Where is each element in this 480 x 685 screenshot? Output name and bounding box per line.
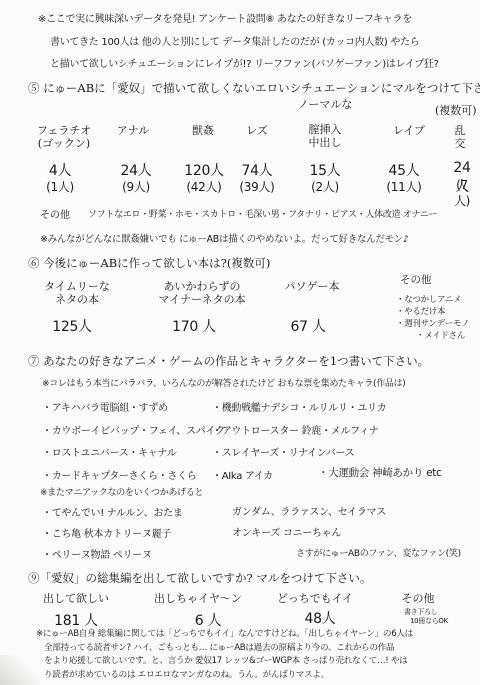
q6-col-label-2: マイナーネタの本 [158,293,245,306]
q7-extra-answer: ・大運動会 神崎あかり etc [318,465,442,480]
q5-col-label: 獣姦 [192,124,214,137]
q5-col-orgy: 乱交 [450,124,470,150]
q7-mania-answer: オンキーズ コニーちゃん [232,523,386,544]
q7-left-list: ・アキハバラ電脳組・すずめ ・カウボーイビバップ・フェイ、スパイク ・ロストユニ… [42,398,225,488]
q5-col-anal: アナル [117,124,149,137]
q5-col-label: フェラチオ [37,124,91,137]
q5-subcount: (1人) [46,178,74,195]
q5-other-label: その他 [40,206,70,221]
q5-subcount: (7人) [453,178,471,209]
q5-col-label-2: (ゴックン) [37,137,91,150]
q7-answer: ・ロストユニバース・キャナル [42,443,225,466]
q5-count: 4人 [49,160,71,180]
intro-line-2: 書いてきた 100人は 他の人と別にして データ集計したのだが (カッコ内人数)… [50,33,419,48]
q9-col-label: 出しちゃイヤ〜ン [154,590,242,606]
q7-answer: ・カウボーイビバップ・フェイ、スパイク [42,421,225,444]
q6-other-list: ・なつかしアニメ ・やるだけ本 ・週刊サンデーモノ ・メイドさん [396,294,469,342]
q5-col-label: レズ [246,124,268,137]
q7-answer: ・スレイヤーズ・リナインバース [212,443,386,466]
q5-subcount: (39人) [239,178,274,195]
q7-mania-answer: ガンダム、ララァスン、セイラマス [232,502,386,523]
q5-col-label-2: 中出し [298,136,353,149]
q5-multiple-note: (複数可) [435,102,477,118]
q5-subcount: (2人) [311,178,339,195]
q7-answer: ・アウトロースター 鈴鹿・メルフィナ [212,421,386,444]
q6-col-label: あいかわらずの [158,280,245,293]
q6-other-item: ・メイドさん [396,330,469,342]
q7-answer: ・アキハバラ電脳組・すずめ [42,398,225,421]
q9-comment-line: り読者が求めているのは エロエロなマンガなのね。うん。がんばりマスよ。 [36,669,413,683]
q9-comment-line: をより応援して欲しいです。と、言うか 愛奴17 レッツ&ゴーWGP本 さっぱり売… [36,655,413,669]
q7-mania-left: ・てやんでい! ナルルン、おたま ・こち亀 秋本カトリーヌ麗子 ・ペリーヌ物語 … [42,503,183,566]
q7-mania-right: ガンダム、ララァスン、セイラマス オンキーズ コニーちゃん [232,502,386,544]
q6-col-pcgame: パソゲー本 [285,280,340,293]
q7-mania-answer: ・ペリーヌ物語 ペリーヌ [42,545,183,566]
q9-other-note-2: 10冊ならOK [410,616,448,626]
q5-subcount: (11人) [386,178,421,195]
q6-other-item: ・なつかしアニメ [396,294,469,306]
q6-col-label-2: ネタの本 [44,293,110,306]
q5-col-lesbian: レズ [246,124,268,137]
q5-count: 24人 [121,160,152,180]
q6-other-label: その他 [400,272,432,287]
q9-col-label: どっちでもイイ [277,590,353,606]
q7-mania-answer: ・てやんでい! ナルルン、おたま [42,503,183,524]
q7-title: ⑦ あなたの好きなアニメ・ゲームの作品とキャラクターを1つ書いて下さい。 [28,353,429,369]
q5-col-label: 乱交 [450,124,470,150]
q5-other-text: ソフトなエロ・野菜・ホモ・スカトロ・毛深い男・フタナリ・ピアス・人体改造 オナニ… [88,207,437,220]
q6-col-timely: タイムリーな ネタの本 [44,280,110,306]
q9-col-label: その他 [402,590,435,606]
q9-title: ⑨「愛奴」の総集編を出して欲しいですか? マルをつけて下さい。 [28,570,371,586]
q7-mania-answer: ・こち亀 秋本カトリーヌ麗子 [42,524,183,545]
q5-title: ⑤ にゅーABに「愛奴」で描いて欲しくないエロいシチュエーションにマルをつけて下… [28,80,480,96]
q6-col-label: タイムリーな [44,280,110,293]
q5-comment: ※みんながどんなに獣姦嫌いでも にゅーABは描くのやめないよ。だって好きなんだモ… [40,231,409,245]
q6-title: ⑥ 今後にゅーABに作って欲しい本は?(複数可) [28,255,270,271]
q9-comment-line: ※にゅーAB自身 総集編に関しては「どっちでもイイ」なんですけどね。「出しちゃイ… [36,628,413,642]
q6-count: 170 人 [172,316,216,336]
q7-mania-comment: さすがにゅーABのファン、変なファン(笑) [296,546,461,559]
q6-count: 125人 [52,316,92,336]
q5-col-label: アナル [117,124,149,137]
intro-line-3: と描いて欲しいシチュエーションにレイプが!? リーフファン(バソゲーファン)はレ… [50,55,439,70]
q6-other-item: ・やるだけ本 [396,306,469,318]
q5-col-rape: レイプ [393,124,425,137]
q5-count: 74人 [242,160,273,180]
q5-count: 15人 [310,160,341,180]
q5-subcount: (42人) [186,178,221,195]
q5-count: 120人 [184,160,224,180]
q9-count: 6 人 [195,610,221,630]
q5-col-label: レイプ [393,124,425,137]
intro-line-1: ※ここで実に興味深いデータを発見! アンケート設問⑧ あなたの好きなリーフキャラ… [38,10,412,25]
q6-count: 67 人 [290,316,325,336]
q5-col-label-0: ノーマルな [298,98,353,111]
q5-col-normal: ノーマルな 膣挿入 中出し [298,98,353,149]
q7-answer: ・機動戦艦ナデシコ・ルリルリ・ユリカ [212,398,386,421]
q9-comment-line: 全部持ってる読者サン? ハイ、ごもっとも… にゅーABは過去の原稿より今の、これ… [36,642,413,656]
q6-col-label: パソゲー本 [285,280,340,293]
q9-comment: ※にゅーAB自身 総集編に関しては「どっちでもイイ」なんですけどね。「出しちゃイ… [36,628,413,682]
q6-other-item: ・週刊サンデーモノ [396,318,469,330]
q9-count: 48人 [305,608,336,628]
q5-col-bestiality: 獣姦 [192,124,214,137]
q9-count: 181 人 [54,610,98,630]
q9-col-label: 出して欲しい [43,590,109,606]
q5-count: 45人 [389,160,420,180]
q5-subcount: (9人) [122,178,150,195]
q6-col-minor: あいかわらずの マイナーネタの本 [158,280,245,306]
q5-col-label: 膣挿入 [298,123,353,136]
q5-col-fellatio: フェラチオ (ゴックン) [37,124,91,150]
q7-mania-note: ※またマニアックなのをいくつかあげると [40,485,203,498]
page-corner-shadow [0,655,40,685]
q7-note: ※コレはもう本当にバラバラ、いろんなのが解答されたけど おもな票を集めたキャラ(… [42,376,406,389]
